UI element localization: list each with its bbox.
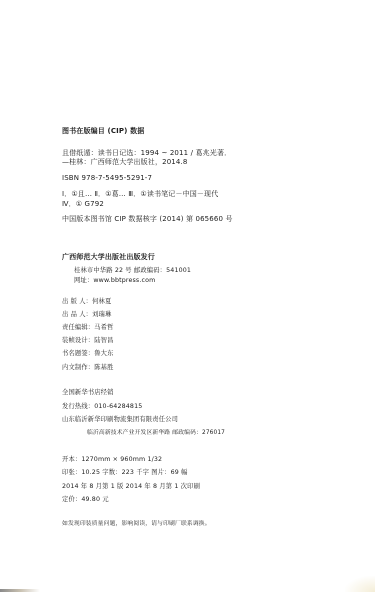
cip-classification-1: Ⅰ．①且… Ⅱ．①葛… Ⅲ．①读书笔记－中国－现代: [62, 190, 218, 199]
distributor: 全国新华书店经销: [62, 388, 114, 397]
quality-notice: 如发现印装质量问题，影响阅读，请与印刷厂联系调换。: [62, 520, 211, 529]
credit-label: 装帧设计：: [62, 336, 94, 345]
book-format: 开本：1270mm × 960mm 1/32: [62, 455, 162, 464]
cip-header: 图书在版编目 (CIP) 数据: [62, 127, 144, 136]
credit-label: 责任编辑：: [62, 323, 94, 332]
printer: 山东临沂新华印刷物流集团有限责任公司: [62, 415, 178, 424]
cip-publisher-line: —桂林：广西师范大学出版社，2014.8: [62, 158, 188, 167]
credit-typesetting: 内文制作：陈基胜: [62, 363, 114, 372]
publisher-name: 广西师范大学出版社出版发行: [62, 253, 155, 262]
credit-value: 马希哲: [94, 324, 113, 331]
credit-producer: 出 品 人：刘瑞琳: [62, 310, 111, 319]
isbn: ISBN 978-7-5495-5291-7: [62, 174, 152, 183]
credit-publisher-person: 出 版 人：何林夏: [62, 297, 111, 306]
credit-label: 内文制作：: [62, 363, 94, 372]
credit-label: 书名题签：: [62, 349, 94, 358]
credit-label: 出 版 人：: [62, 297, 92, 306]
credit-value: 陈基胜: [94, 364, 113, 371]
printer-address: 临沂高新技术产业开发区新华路 邮政编码：276017: [87, 429, 225, 438]
credit-value: 鲁大东: [94, 350, 113, 357]
publisher-address: 桂林市中华路 22 号 邮政编码：541001: [74, 266, 191, 275]
copyright-page: 图书在版编目 (CIP) 数据 且借纸遁：读书日记选：1994 ~ 2011 /…: [0, 0, 375, 592]
book-edition: 2014 年 8 月第 1 版 2014 年 8 月第 1 次印刷: [62, 482, 200, 491]
hotline: 发行热线：010-64284815: [62, 402, 142, 411]
credit-value: 刘瑞琳: [92, 311, 111, 318]
credit-designer: 装帧设计：陆智昌: [62, 336, 114, 345]
book-sheets: 印张：10.25 字数：223 千字 图片：69 幅: [62, 468, 188, 477]
publisher-website: 网址：www.bbtpress.com: [74, 276, 155, 285]
credit-value: 何林夏: [92, 298, 111, 305]
credit-label: 出 品 人：: [62, 310, 92, 319]
book-price: 定价：49.80 元: [62, 495, 109, 504]
credit-editor: 责任编辑：马希哲: [62, 323, 114, 332]
credit-value: 陆智昌: [94, 337, 113, 344]
scan-shadow-right: [345, 576, 375, 592]
credit-calligraphy: 书名题签：鲁大东: [62, 349, 114, 358]
cip-number: 中国版本图书馆 CIP 数据核字 (2014) 第 065660 号: [62, 215, 233, 224]
cip-classification-2: Ⅳ．① G792: [62, 200, 104, 209]
cip-title-line: 且借纸遁：读书日记选：1994 ~ 2011 / 葛兆光著．: [62, 149, 231, 158]
